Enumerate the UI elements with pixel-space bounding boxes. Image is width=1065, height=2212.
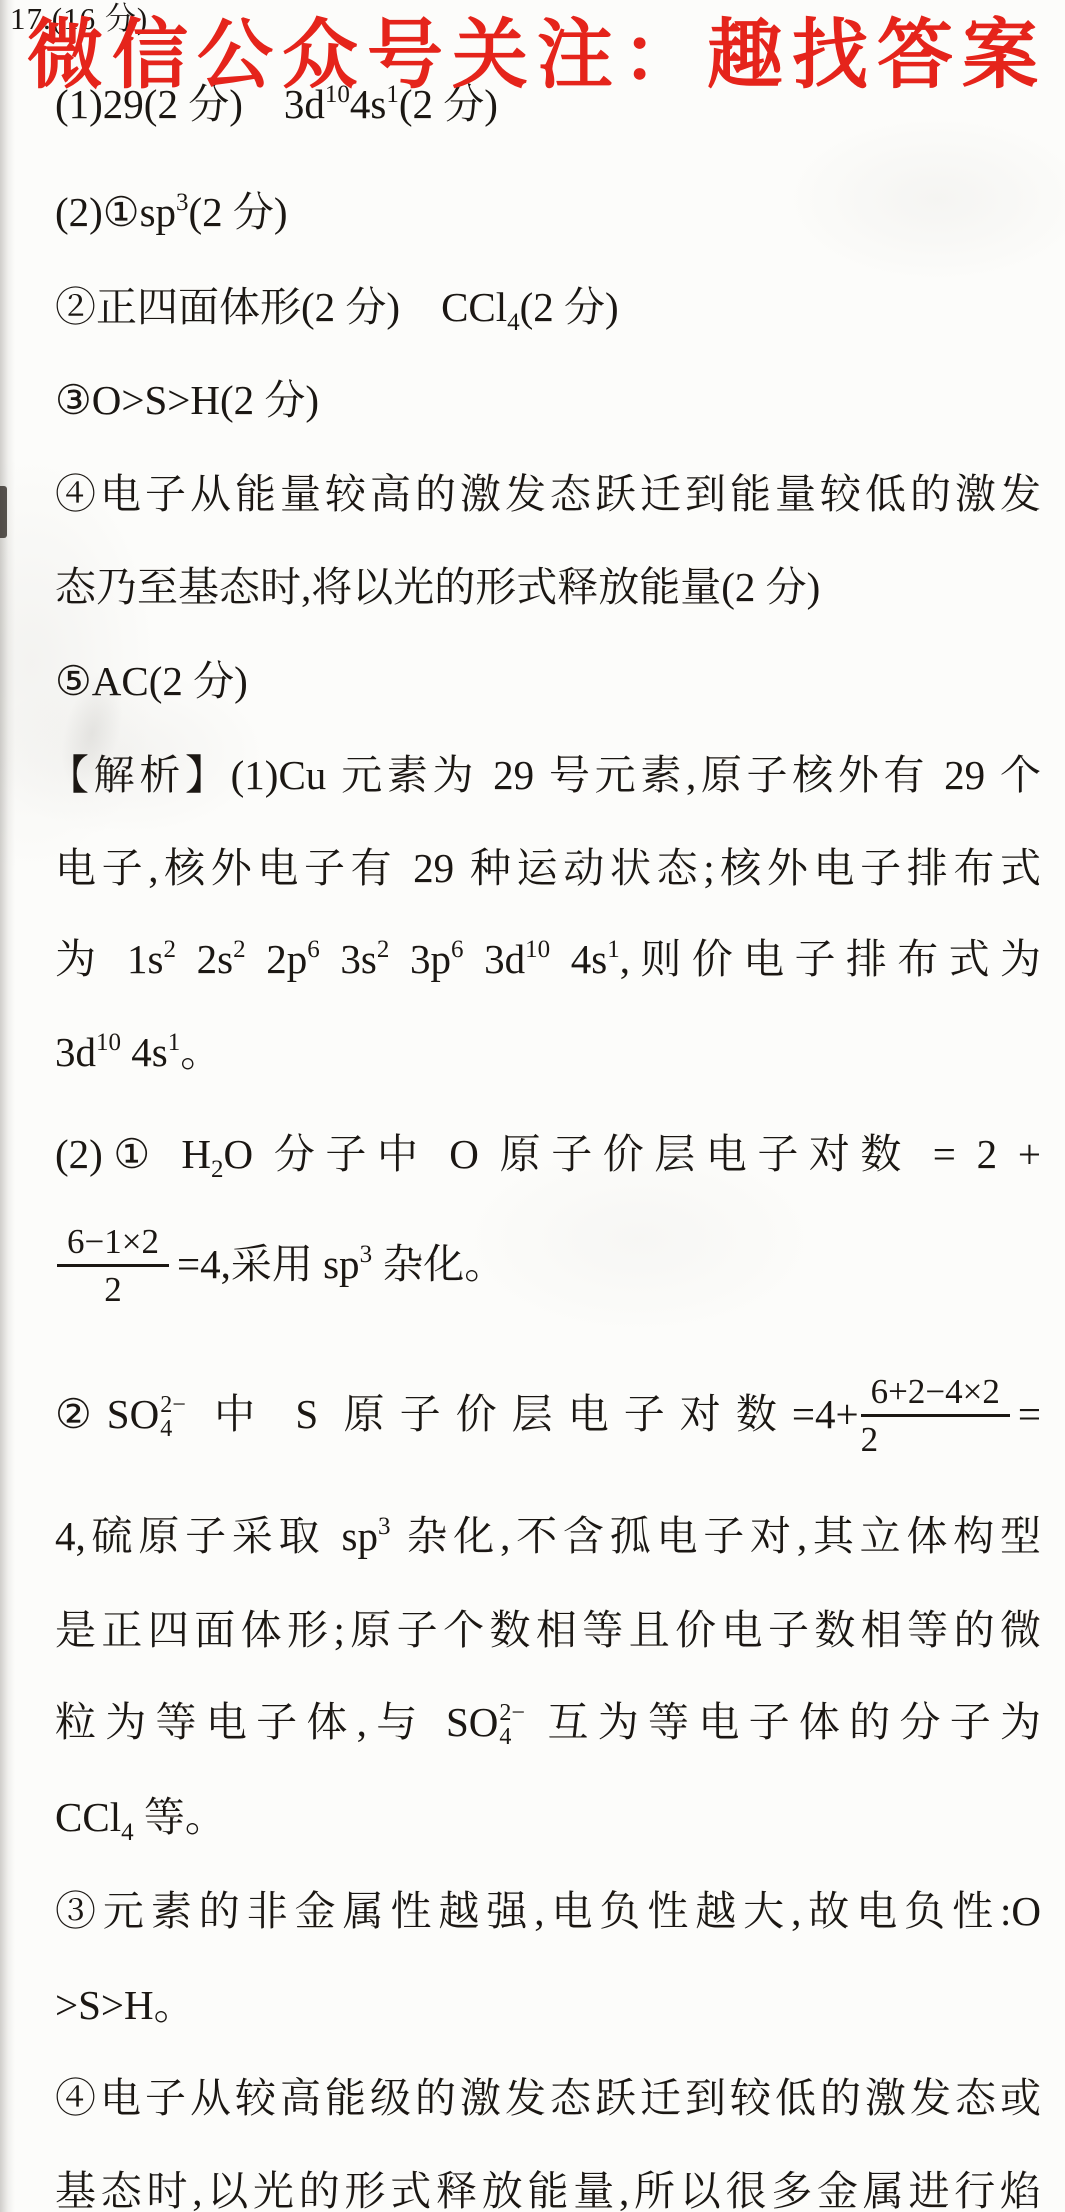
analysis-line-4: 3d10 4s1。 (55, 1028, 1041, 1076)
analysis-line-13: >S>H。 (55, 1981, 1041, 2029)
analysis-line-2: 电子,核外电子有 29 种运动状态;核外电子排布式 (55, 844, 1041, 892)
analysis-line-1: 【解析】(1)Cu 元素为 29 号元素,原子核外有 29 个 (48, 751, 1041, 799)
analysis-line-5: (2)① H2O 分子中 O 原子价层电子对数 = 2 + (55, 1130, 1041, 1178)
analysis-line-7: ②SO2−4 中 S 原子价层电子对数=4+6+2−4×22= (55, 1372, 1041, 1465)
analysis-line-8: 4,硫原子采取 sp3 杂化,不含孤电子对,其立体构型 (55, 1512, 1041, 1560)
analysis-line-10: 粒为等电子体,与 SO2−4 互为等电子体的分子为 (55, 1698, 1041, 1753)
scanned-answer-page: 17.(16 分) 微信公众号关注：趣找答案 (1)29(2 分) 3d104s… (0, 0, 1065, 2212)
answer-line-5: ④电子从能量较高的激发态跃迁到能量较低的激发 (55, 470, 1041, 518)
answer-line-7: ⑤AC(2 分) (55, 657, 1041, 705)
watermark-text: 微信公众号关注：趣找答案 (27, 18, 1047, 94)
answer-line-6: 态乃至基态时,将以光的形式释放能量(2 分) (55, 563, 1041, 611)
analysis-line-9: 是正四面体形;原子个数相等且价电子数相等的微 (55, 1606, 1041, 1654)
answer-line-2: (2)①sp3(2 分) (55, 188, 1041, 236)
analysis-line-15: 基态时,以光的形式释放能量,所以很多金属进行焰 (55, 2167, 1041, 2212)
analysis-line-6: 6−1×22=4,采用 sp3 杂化。 (55, 1222, 1041, 1315)
analysis-line-3: 为 1s2 2s2 2p6 3s2 3p6 3d10 4s1,则价电子排布式为 (55, 935, 1041, 983)
analysis-line-11: CCl4 等。 (55, 1793, 1041, 1841)
answer-line-3: ②正四面体形(2 分) CCl4(2 分) (55, 283, 1041, 331)
analysis-line-14: ④电子从较高能级的激发态跃迁到较低的激发态或 (55, 2074, 1041, 2122)
scan-artifact-mark (0, 486, 7, 538)
analysis-line-12: ③元素的非金属性越强,电负性越大,故电负性:O (55, 1887, 1041, 1935)
answer-line-4: ③O>S>H(2 分) (55, 376, 1041, 424)
scan-page-edge (0, 0, 15, 2212)
